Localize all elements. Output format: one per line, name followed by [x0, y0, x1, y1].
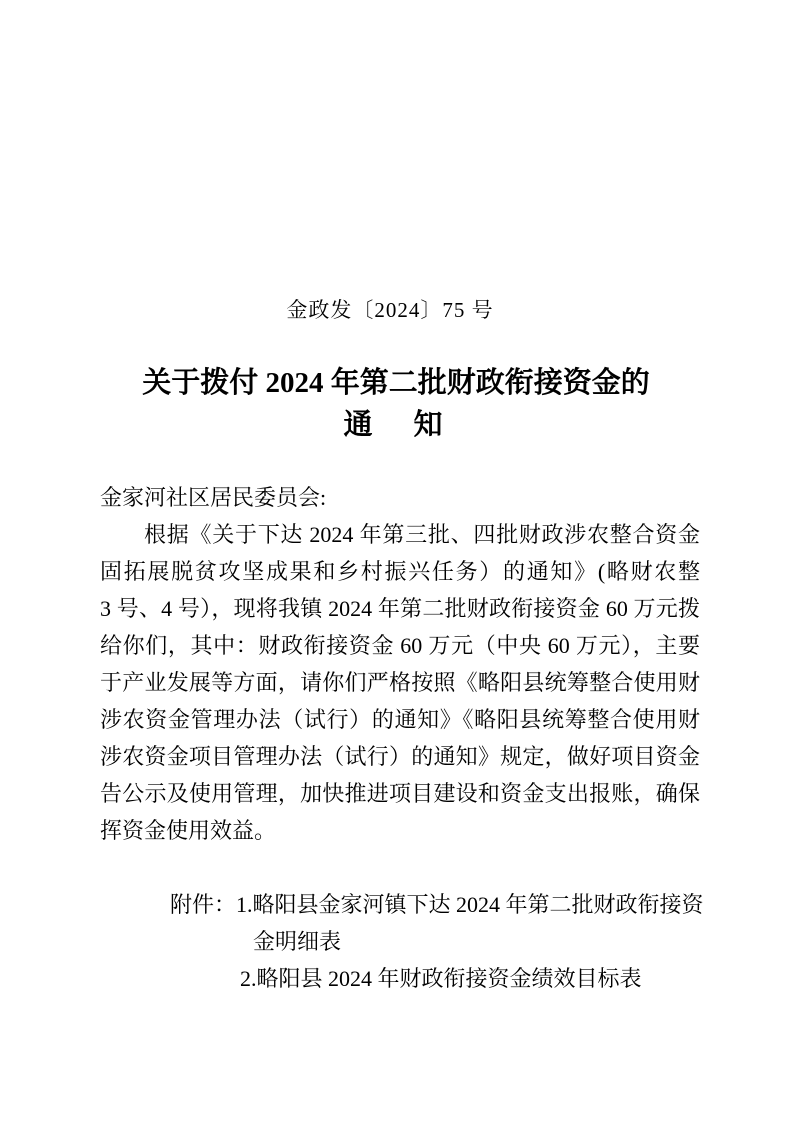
body-line: 3 号、4 号），现将我镇 2024 年第二批财政衔接资金 60 万元拨付 [100, 590, 700, 627]
attachment-item-1-line2: 金明细表 [0, 923, 793, 960]
attachments-list: 附件：1.略阳县金家河镇下达 2024 年第二批财政衔接资 金明细表 2.略阳县… [0, 886, 793, 997]
salutation: 金家河社区居民委员会: [100, 479, 326, 516]
body-line: 告公示及使用管理，加快推进项目建设和资金支出报账，确保发 [100, 775, 700, 812]
body-line: 固拓展脱贫攻坚成果和乡村振兴任务）的通知》(略财农整〔2024〕 [100, 553, 700, 590]
attachment-item-1-line1: 附件：1.略阳县金家河镇下达 2024 年第二批财政衔接资 [0, 886, 793, 923]
document-title: 关于拨付 2024 年第二批财政衔接资金的 通 知 [76, 362, 716, 446]
body-line: 根据《关于下达 2024 年第三批、四批财政涉农整合资金（巩 [100, 516, 700, 553]
body-line: 于产业发展等方面，请你们严格按照《略阳县统筹整合使用财政 [100, 664, 700, 701]
attachment-item-2: 2.略阳县 2024 年财政衔接资金绩效目标表 [0, 960, 793, 997]
body-line: 给你们，其中：财政衔接资金 60 万元（中央 60 万元），主要用 [100, 627, 700, 664]
document-title-line1: 关于拨付 2024 年第二批财政衔接资金的 [76, 362, 716, 404]
document-number: 金政发〔2024〕75 号 [90, 295, 690, 325]
body-paragraph: 根据《关于下达 2024 年第三批、四批财政涉农整合资金（巩 固拓展脱贫攻坚成果… [100, 516, 700, 849]
body-line: 挥资金使用效益。 [100, 812, 700, 849]
document-title-line2: 通 知 [76, 404, 716, 446]
document-page: 金政发〔2024〕75 号 关于拨付 2024 年第二批财政衔接资金的 通 知 … [0, 0, 793, 1122]
body-line: 涉农资金管理办法（试行）的通知》《略阳县统筹整合使用财政 [100, 701, 700, 738]
body-line: 涉农资金项目管理办法（试行）的通知》规定，做好项目资金公 [100, 738, 700, 775]
